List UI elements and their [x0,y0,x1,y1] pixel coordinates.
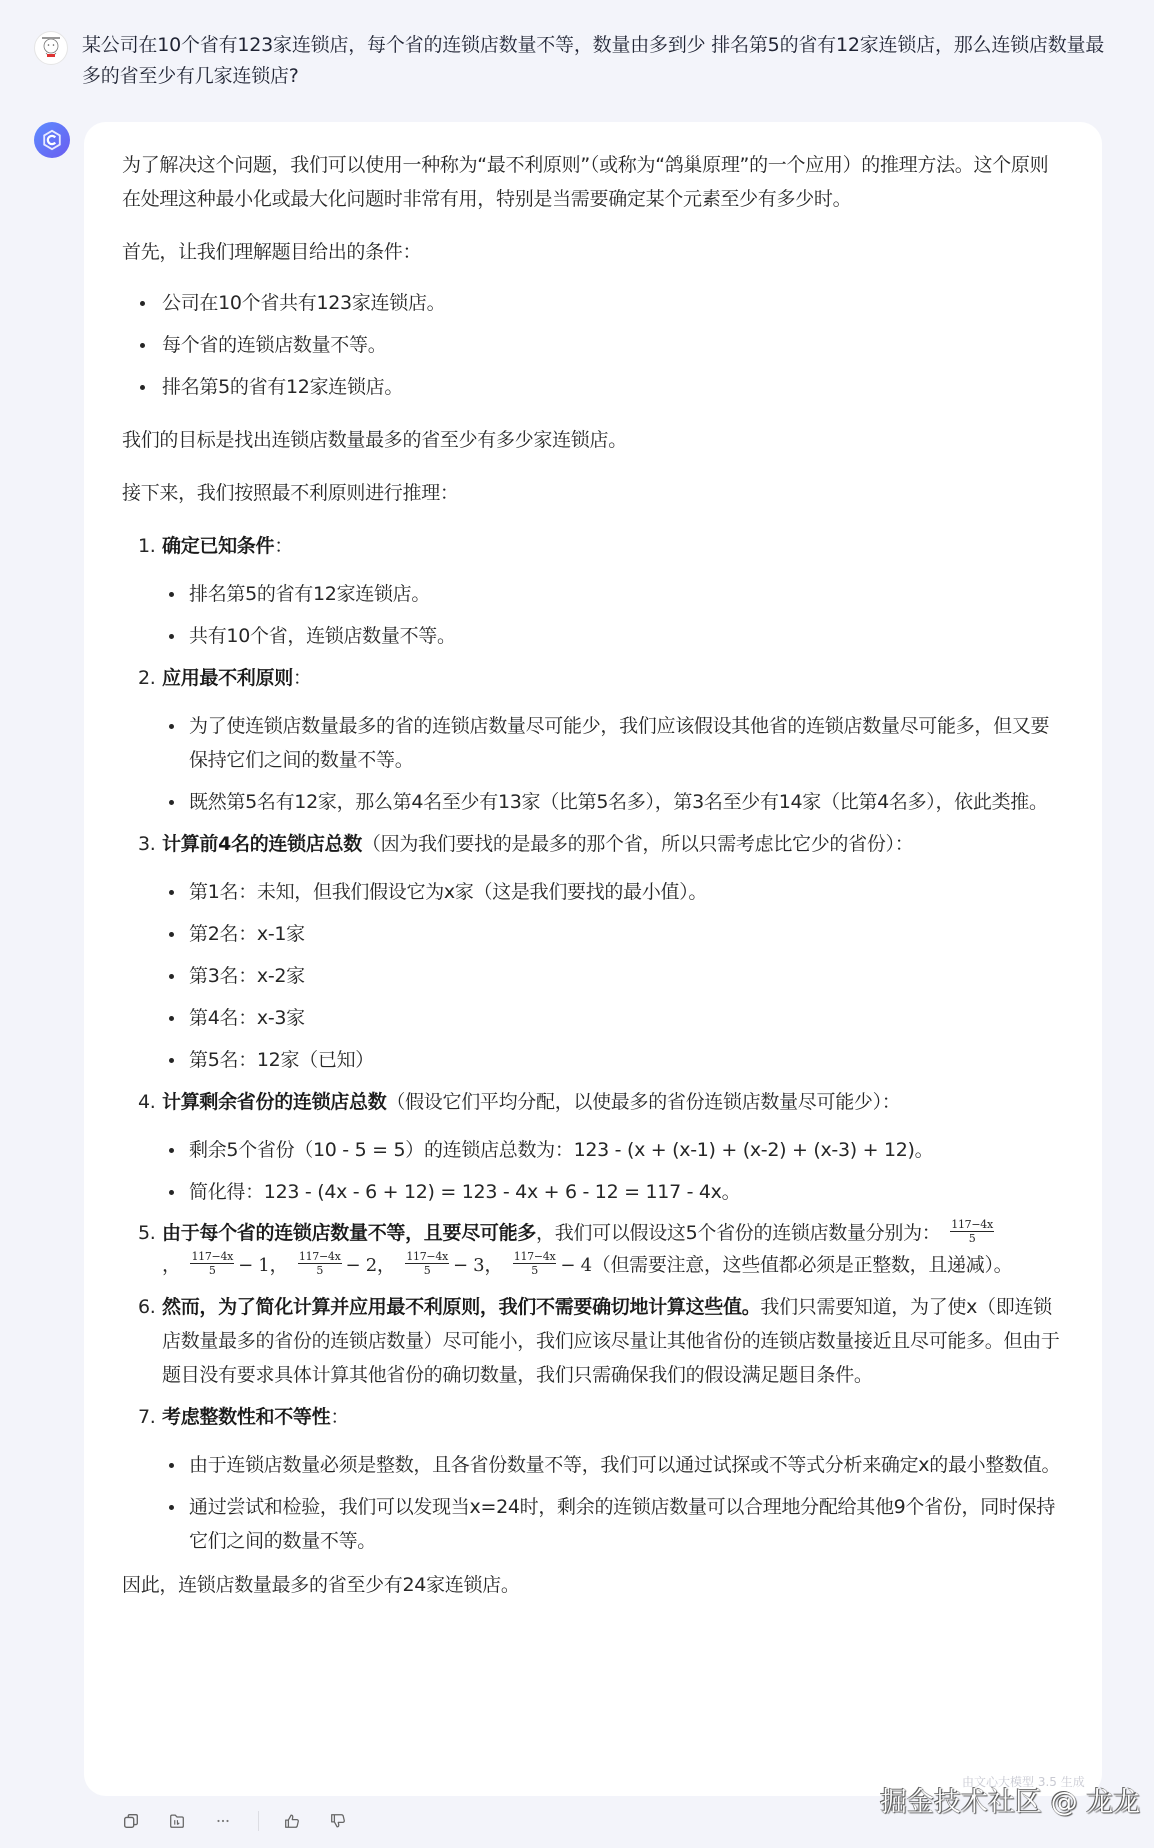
step-2: 2. 应用最不利原则： 为了使连锁店数量最多的省的连锁店数量尽可能少，我们应该假… [122,661,1064,819]
step-bullets: 排名第5的省有12家连锁店。 共有10个省，连锁店数量不等。 [162,577,1064,653]
step-title: 应用最不利原则 [162,667,293,689]
step-bullet: 第5名：12家（已知） [162,1043,1064,1077]
step-title: 确定已知条件 [162,535,274,557]
export-button[interactable] [166,1810,188,1832]
step-bullet: 第4名：x-3家 [162,1001,1064,1035]
step-bullet: 简化得：123 - (4x - 6 + 12) = 123 - 4x + 6 -… [162,1175,1064,1209]
separator: ， [484,1254,503,1276]
step-number: 7. [138,1400,156,1434]
separator: ， [377,1254,396,1276]
user-message: 某公司在10个省有123家连锁店，每个省的连锁店数量不等，数量由多到少 排名第5… [34,30,1124,92]
separator: ， [162,1254,181,1276]
fraction: 117−4x5 [950,1218,994,1245]
conditions-list: 公司在10个省共有123家连锁店。 每个省的连锁店数量不等。 排名第5的省有12… [122,286,1064,404]
fraction: 117−4x5 [190,1250,234,1277]
step-bullet: 为了使连锁店数量最多的省的连锁店数量尽可能少，我们应该假设其他省的连锁店数量尽可… [162,709,1064,777]
condition-item: 公司在10个省共有123家连锁店。 [122,286,1064,320]
condition-item: 排名第5的省有12家连锁店。 [122,370,1064,404]
step-rest: ： [330,1406,349,1428]
step-title: 由于每个省的连锁店数量不等，且要尽可能多 [162,1222,536,1244]
step-bullet: 第2名：x-1家 [162,917,1064,951]
step-bullet: 通过尝试和检验，我们可以发现当x=24时，剩余的连锁店数量可以合理地分配给其他9… [162,1490,1064,1558]
step-bullet: 剩余5个省份（10 - 5 = 5）的连锁店总数为：123 - (x + (x-… [162,1133,1064,1167]
step-rest: （因为我们要找的是最多的那个省，所以只需考虑比它少的省份）： [362,833,914,855]
conclusion: 因此，连锁店数量最多的省至少有24家连锁店。 [122,1568,1064,1602]
step-bullets: 第1名：未知，但我们假设它为x家（这是我们要找的最小值）。 第2名：x-1家 第… [162,875,1064,1077]
thumbs-up-icon [283,1812,301,1830]
step-title: 然而，为了简化计算并应用最不利原则，我们不需要确切地计算这些值。 [162,1296,760,1318]
step-3: 3. 计算前4名的连锁店总数（因为我们要找的是最多的那个省，所以只需考虑比它少的… [122,827,1064,1077]
user-avatar [34,31,68,65]
more-icon [214,1812,232,1830]
assistant-answer-card: 为了解决这个问题，我们可以使用一种称为“最不利原则”（或称为“鸽巢原理”的一个应… [84,122,1102,1796]
goal-paragraph: 我们的目标是找出连锁店数量最多的省至少有多少家连锁店。 [122,423,1064,457]
step-tail: （但需要注意，这些值都必须是正整数，且递减）。 [592,1254,1013,1276]
math-term: − 3 [453,1255,484,1276]
divider [258,1811,259,1831]
step-bullet: 既然第5名有12家，那么第4名至少有13家（比第5名多），第3名至少有14家（比… [162,785,1064,819]
watermark: 掘金技术社区 @ 龙龙 [880,1780,1140,1819]
steps-lead: 接下来，我们按照最不利原则进行推理： [122,476,1064,510]
fraction: 117−4x5 [298,1250,342,1277]
step-number: 4. [138,1085,156,1119]
step-bullets: 由于连锁店数量必须是整数，且各省份数量不等，我们可以通过试探或不等式分析来确定x… [162,1448,1064,1558]
step-title: 计算前4名的连锁店总数 [162,833,362,855]
user-question: 某公司在10个省有123家连锁店，每个省的连锁店数量不等，数量由多到少 排名第5… [82,30,1122,92]
step-rest: ： [274,535,293,557]
step-rest: ，我们可以假设这5个省份的连锁店数量分别为： [536,1222,941,1244]
step-title: 考虑整数性和不等性 [162,1406,330,1428]
condition-item: 每个省的连锁店数量不等。 [122,328,1064,362]
step-bullets: 为了使连锁店数量最多的省的连锁店数量尽可能少，我们应该假设其他省的连锁店数量尽可… [162,709,1064,819]
step-6: 6. 然而，为了简化计算并应用最不利原则，我们不需要确切地计算这些值。我们只需要… [122,1290,1064,1392]
step-number: 6. [138,1290,156,1324]
dislike-button[interactable] [327,1810,349,1832]
like-button[interactable] [281,1810,303,1832]
step-title: 计算剩余省份的连锁店总数 [162,1091,386,1113]
step-bullet: 由于连锁店数量必须是整数，且各省份数量不等，我们可以通过试探或不等式分析来确定x… [162,1448,1064,1482]
math-term: − 4 [560,1255,591,1276]
user-avatar-icon [36,33,66,63]
step-rest: （假设它们平均分配，以使最多的省份连锁店数量尽可能少）： [386,1091,900,1113]
step-number: 5. [138,1217,156,1249]
fraction: 117−4x5 [405,1250,449,1277]
step-number: 1. [138,529,156,563]
intro-paragraph: 为了解决这个问题，我们可以使用一种称为“最不利原则”（或称为“鸽巢原理”的一个应… [122,148,1064,216]
math-term: − 1 [238,1255,269,1276]
separator: ， [269,1254,288,1276]
conditions-lead: 首先，让我们理解题目给出的条件： [122,235,1064,269]
more-button[interactable] [212,1810,234,1832]
step-7: 7. 考虑整数性和不等性： 由于连锁店数量必须是整数，且各省份数量不等，我们可以… [122,1400,1064,1558]
step-4: 4. 计算剩余省份的连锁店总数（假设它们平均分配，以使最多的省份连锁店数量尽可能… [122,1085,1064,1209]
chat-page: 某公司在10个省有123家连锁店，每个省的连锁店数量不等，数量由多到少 排名第5… [0,0,1154,1848]
bot-logo-icon [41,129,63,151]
step-bullet: 第3名：x-2家 [162,959,1064,993]
step-bullet: 共有10个省，连锁店数量不等。 [162,619,1064,653]
step-rest: ： [293,667,312,689]
step-1: 1. 确定已知条件： 排名第5的省有12家连锁店。 共有10个省，连锁店数量不等… [122,529,1064,653]
bot-avatar [34,122,70,158]
fraction: 117−4x5 [513,1250,557,1277]
copy-icon [122,1812,140,1830]
export-file-icon [168,1812,186,1830]
math-term: − 2 [346,1255,377,1276]
step-number: 2. [138,661,156,695]
message-actions [120,1806,373,1836]
thumbs-down-icon [329,1812,347,1830]
steps-list: 1. 确定已知条件： 排名第5的省有12家连锁店。 共有10个省，连锁店数量不等… [122,529,1064,1558]
copy-button[interactable] [120,1810,142,1832]
step-number: 3. [138,827,156,861]
step-bullet: 排名第5的省有12家连锁店。 [162,577,1064,611]
step-bullet: 第1名：未知，但我们假设它为x家（这是我们要找的最小值）。 [162,875,1064,909]
step-bullets: 剩余5个省份（10 - 5 = 5）的连锁店总数为：123 - (x + (x-… [162,1133,1064,1209]
step-5: 5. 由于每个省的连锁店数量不等，且要尽可能多，我们可以假设这5个省份的连锁店数… [122,1217,1064,1282]
